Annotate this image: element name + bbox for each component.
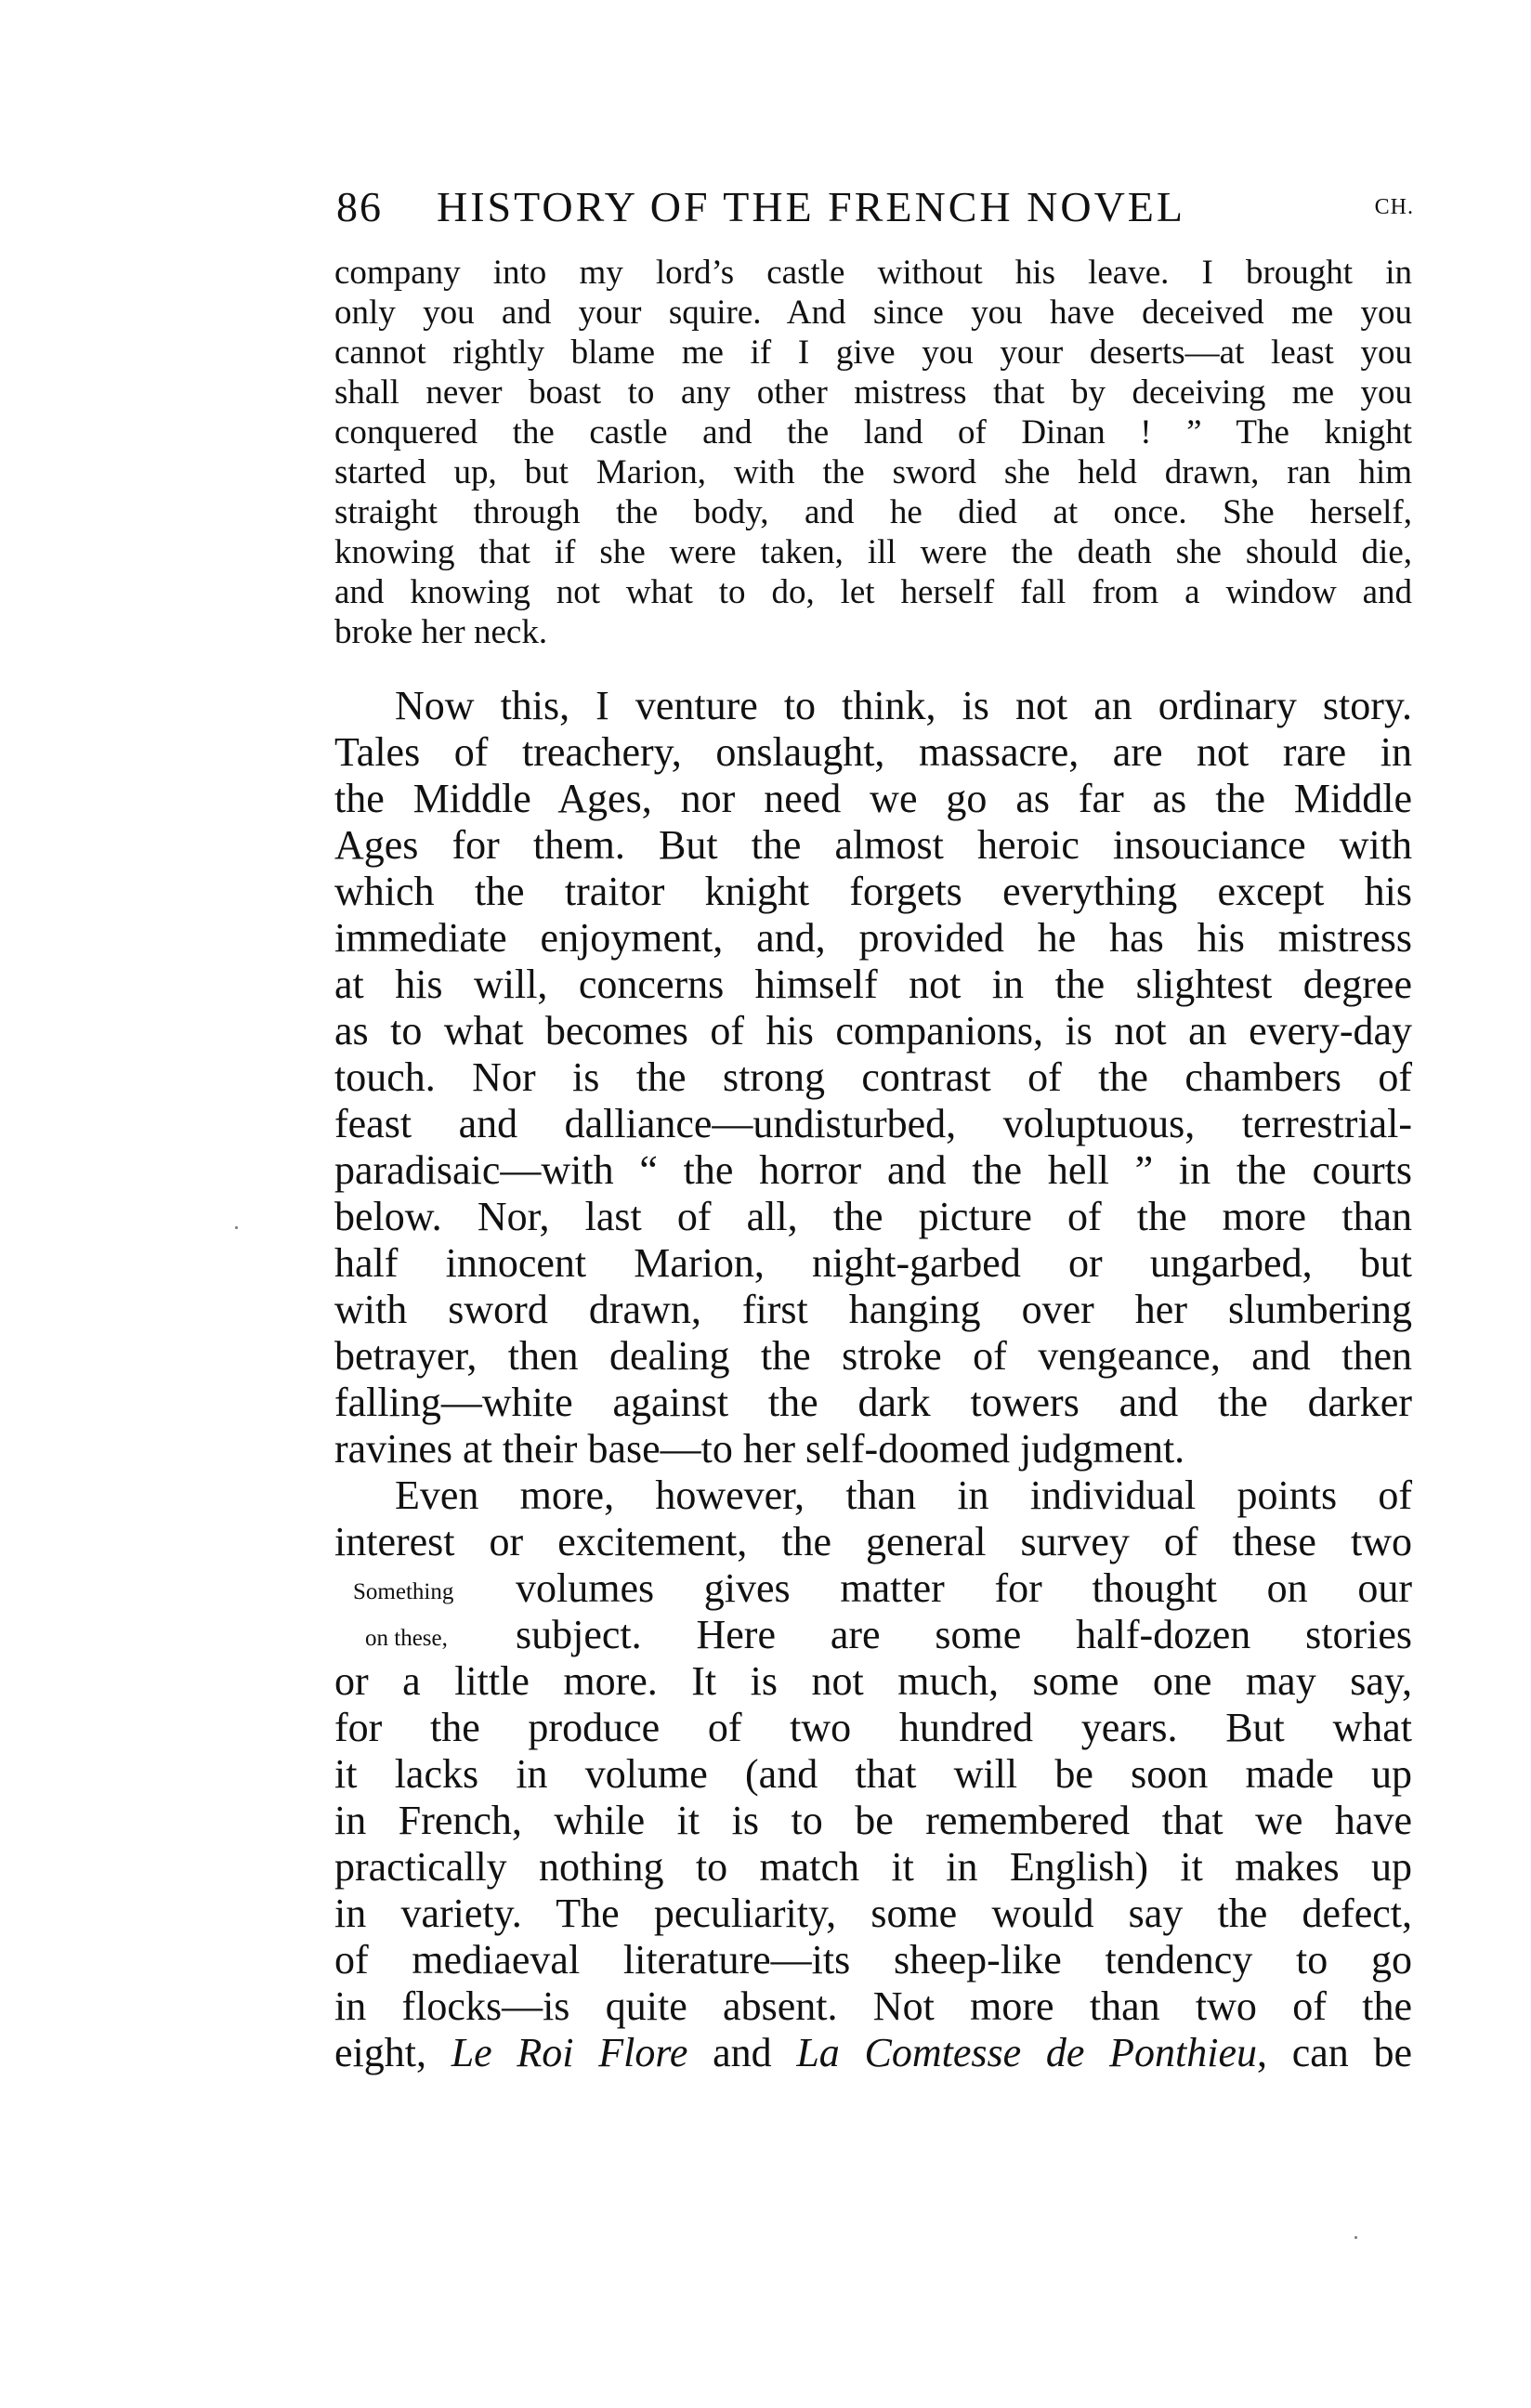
text-line: half innocent Marion, night-garbed or un… — [334, 1240, 1412, 1287]
text-fragment: , can be — [1257, 2030, 1412, 2075]
text-line: conquered the castle and the land of Din… — [334, 412, 1412, 452]
text-line: subject. Here are some half-dozen storie… — [516, 1612, 1412, 1658]
text-line: volumes gives matter for thought on our — [516, 1565, 1412, 1612]
running-title: HISTORY OF THE FRENCH NOVEL — [437, 182, 1185, 231]
text-line: touch. Nor is the strong contrast of the… — [334, 1054, 1412, 1101]
text-line: broke her neck. — [334, 612, 1412, 652]
text-line: cannot rightly blame me if I give you yo… — [334, 333, 1412, 373]
text-line: feast and dalliance—undisturbed, voluptu… — [334, 1101, 1412, 1147]
text-line: it lacks in volume (and that will be soo… — [334, 1751, 1412, 1798]
text-line: in variety. The peculiarity, some would … — [334, 1891, 1412, 1937]
text-line: which the traitor knight forgets everyth… — [334, 869, 1412, 915]
italic-title-le-roi-flore: Le Roi Flore — [451, 2030, 688, 2075]
text-line: Even more, however, than in individual p… — [395, 1472, 1412, 1519]
text-line: started up, but Marion, with the sword s… — [334, 452, 1412, 492]
italic-title-comtesse-de-ponthieu: La Comtesse de Ponthieu — [796, 2030, 1257, 2075]
text-fragment: eight, — [334, 2030, 451, 2075]
text-line: the Middle Ages, nor need we go as far a… — [334, 776, 1412, 822]
text-line: shall never boast to any other mistress … — [334, 373, 1412, 412]
text-line: ravines at their base—to her self-doomed… — [334, 1426, 1412, 1472]
book-page: 86 HISTORY OF THE FRENCH NOVEL CH. compa… — [0, 0, 1531, 2408]
text-line: immediate enjoyment, and, provided he ha… — [334, 915, 1412, 962]
text-line: betrayer, then dealing the stroke of ven… — [334, 1333, 1412, 1380]
text-line: in flocks—is quite absent. Not more than… — [334, 1983, 1412, 2030]
text-line: for the produce of two hundred years. Bu… — [334, 1705, 1412, 1751]
margin-note-line-1: Something — [353, 1579, 453, 1605]
text-line: or a little more. It is not much, some o… — [334, 1658, 1412, 1705]
scan-speck — [1354, 2236, 1357, 2239]
text-line: in French, while it is to be remembered … — [334, 1798, 1412, 1844]
text-line: straight through the body, and he died a… — [334, 492, 1412, 532]
margin-note-line-2: on these, — [365, 1626, 448, 1652]
text-line: as to what becomes of his companions, is… — [334, 1008, 1412, 1054]
text-line: interest or excitement, the general surv… — [334, 1519, 1412, 1565]
page-number: 86 — [336, 182, 383, 231]
text-line: only you and your squire. And since you … — [334, 293, 1412, 333]
text-line: falling—white against the dark towers an… — [334, 1380, 1412, 1426]
scan-speck — [235, 1226, 238, 1229]
text-line: knowing that if she were taken, ill were… — [334, 532, 1412, 572]
text-line: Tales of treachery, onslaught, massacre,… — [334, 729, 1412, 776]
text-line: Now this, I venture to think, is not an … — [395, 683, 1412, 729]
text-line: of mediaeval literature—its sheep-like t… — [334, 1937, 1412, 1983]
text-line: below. Nor, last of all, the picture of … — [334, 1194, 1412, 1240]
text-line: and knowing not what to do, let herself … — [334, 572, 1412, 612]
running-header: 86 HISTORY OF THE FRENCH NOVEL CH. — [336, 182, 1414, 230]
text-line: paradisaic—with “ the horror and the hel… — [334, 1147, 1412, 1194]
text-fragment: and — [687, 2030, 796, 2075]
text-line: Ages for them. But the almost heroic ins… — [334, 822, 1412, 869]
text-line: practically nothing to match it in Engli… — [334, 1844, 1412, 1891]
text-line: at his will, concerns himself not in the… — [334, 962, 1412, 1008]
chapter-abbrev: CH. — [1375, 195, 1414, 220]
text-line: with sword drawn, first hanging over her… — [334, 1287, 1412, 1333]
text-line-final: eight, Le Roi Flore and La Comtesse de P… — [334, 2030, 1412, 2076]
text-line: company into my lord’s castle without hi… — [334, 253, 1412, 293]
